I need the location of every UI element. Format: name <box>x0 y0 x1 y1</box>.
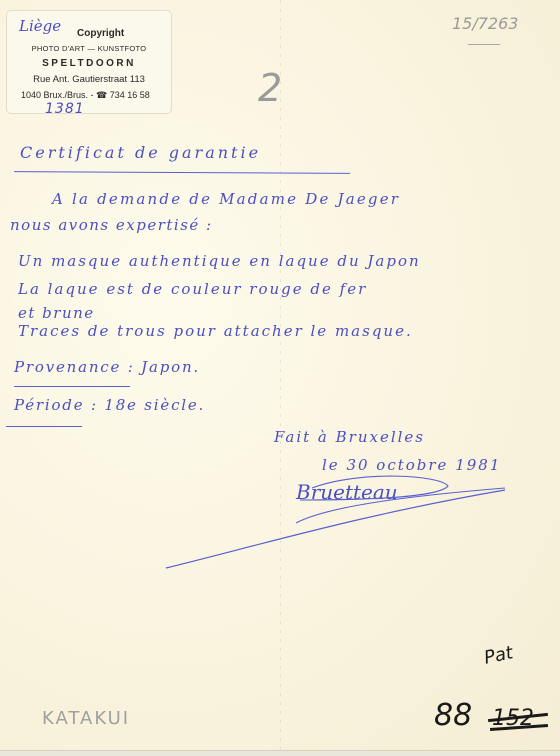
body-line-3: Un masque authentique en laque du Japon <box>18 252 421 270</box>
period-underline <box>6 426 82 427</box>
body-line-1: A la demande de Madame De Jaeger <box>52 190 400 208</box>
place-of-signing: Fait à Bruxelles <box>274 428 425 446</box>
provenance-label: Provenance <box>14 358 121 376</box>
body-line-4: La laque est de couleur rouge de fer <box>18 280 367 298</box>
pencil-note-katakui: KATAKUI <box>42 708 130 729</box>
page-number: 2 <box>258 66 282 110</box>
stamp-handwritten-number: 1381 <box>45 101 85 117</box>
certificate-title: Certificat de garantie <box>20 143 261 162</box>
provenance-field: Provenance : Japon. <box>14 358 200 376</box>
paper-bottom-edge <box>0 750 560 756</box>
price-value: 88 <box>434 698 472 733</box>
stamp-street: Rue Ant. Gautierstraat 113 <box>7 74 171 85</box>
stamp-copyright: Copyright <box>77 28 124 39</box>
stamp-city-phone: 1040 Brux./Brus. - ☎ 734 16 58 <box>21 90 150 101</box>
stamp-handwritten-note: Liège <box>19 17 61 35</box>
body-line-2: nous avons expertisé : <box>10 216 213 234</box>
signature: Bruetteau <box>296 480 398 504</box>
stamp-studio-name: SPELTDOORN <box>7 58 171 69</box>
body-line-5: et brune <box>18 304 95 322</box>
period-value: : 18e siècle. <box>91 396 205 414</box>
fold-crease <box>280 0 281 750</box>
provenance-underline <box>14 386 130 387</box>
body-line-6: Traces de trous pour attacher le masque. <box>18 322 413 340</box>
signing-date: le 30 octobre 1981 <box>322 456 501 474</box>
reference-number: 15/7263 <box>452 14 518 33</box>
reference-underline <box>468 44 500 45</box>
period-field: Période : 18e siècle. <box>14 396 205 414</box>
period-label: Période <box>14 396 84 414</box>
photographer-stamp: Liège Copyright PHOTO D'ART — KUNSTFOTO … <box>6 10 172 114</box>
stamp-photo-line: PHOTO D'ART — KUNSTFOTO <box>7 44 171 53</box>
provenance-value: : Japon. <box>128 358 200 376</box>
